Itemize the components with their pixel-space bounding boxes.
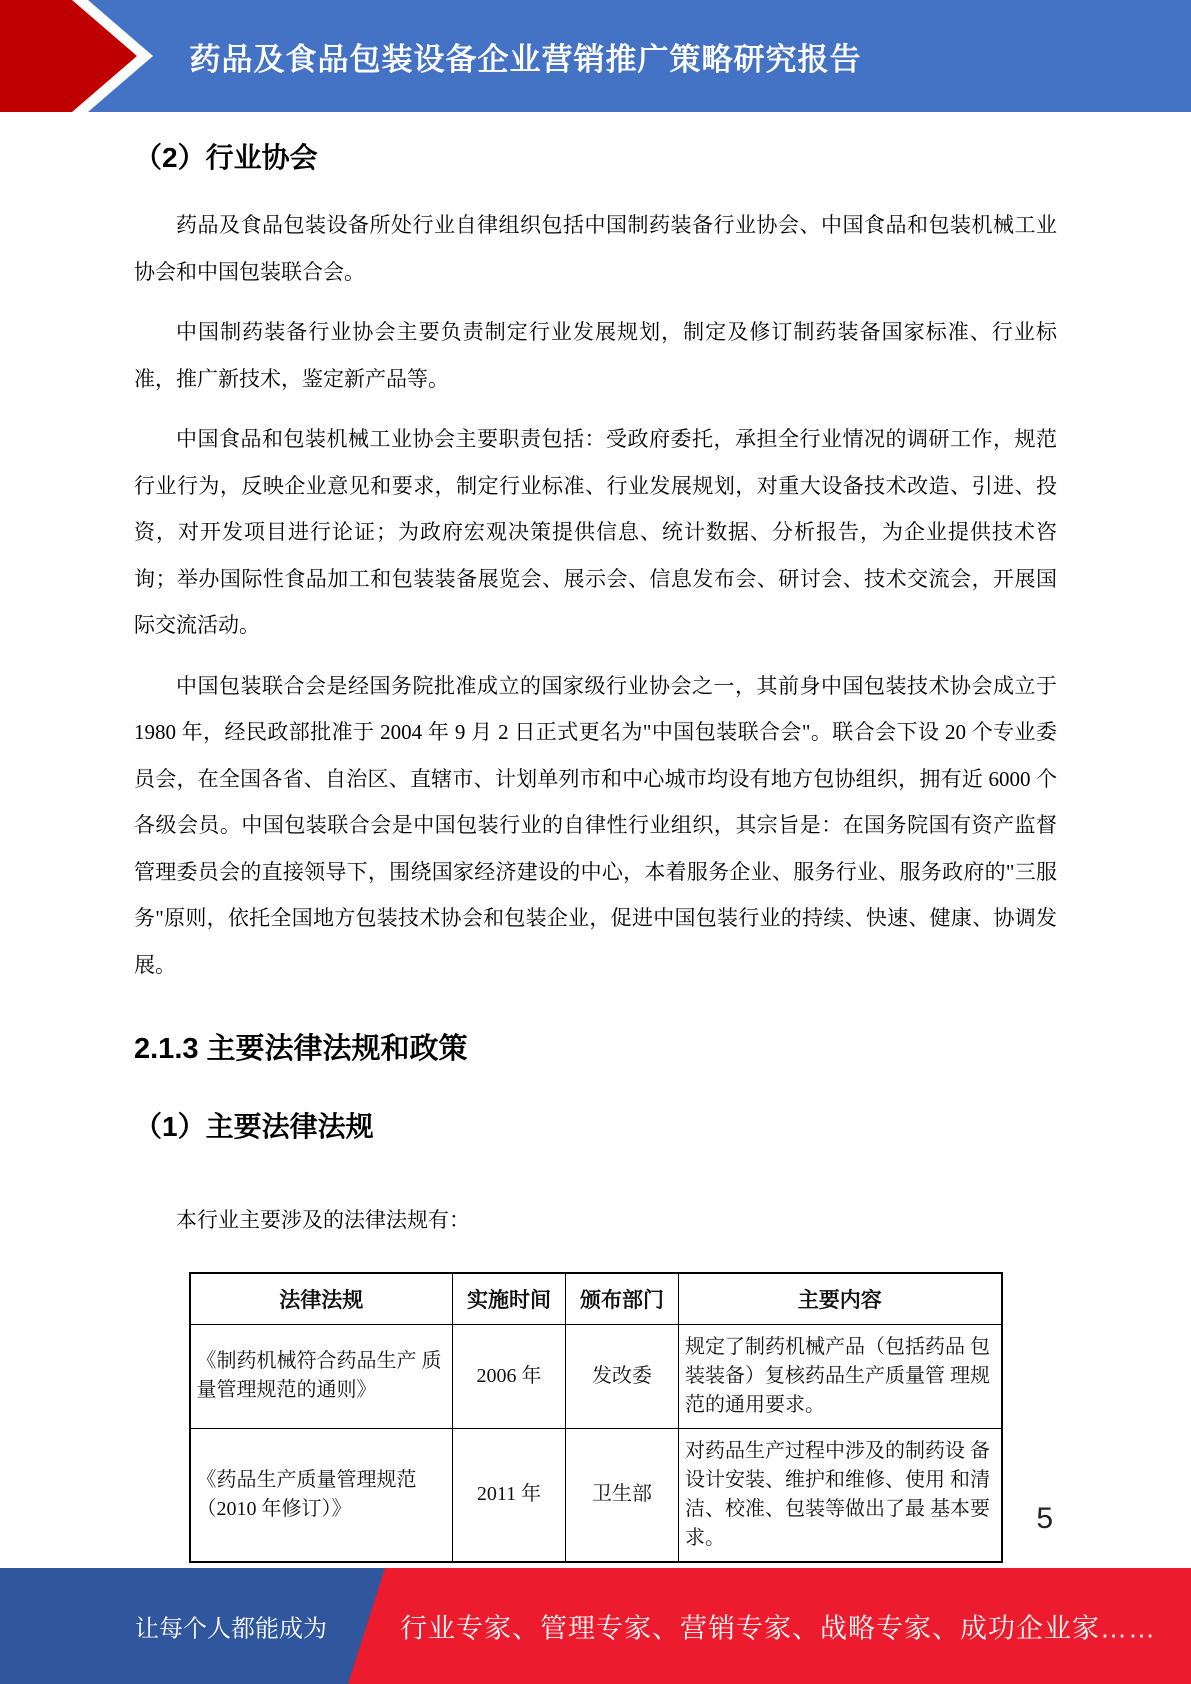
column-header-issuing-department: 颁布部门: [566, 1273, 679, 1325]
footer-slogan-left: 让每个人都能成为: [135, 1609, 327, 1644]
paragraph-association-overview: 药品及食品包装设备所处行业自律组织包括中国制药装备行业协会、中国食品和包装机械工…: [134, 202, 1057, 295]
law-name-cell: 《药品生产质量管理规范（2010 年修订）》: [190, 1428, 453, 1562]
report-page: 药品及食品包装设备企业营销推广策略研究报告 （2）行业协会 药品及食品包装设备所…: [0, 0, 1191, 1684]
table-row: 《制药机械符合药品生产 质量管理规范的通则》 2006 年 发改委 规定了制药机…: [190, 1324, 1002, 1428]
table-row: 《药品生产质量管理规范（2010 年修订）》 2011 年 卫生部 对药品生产过…: [190, 1428, 1002, 1562]
effective-date-cell: 2006 年: [453, 1324, 566, 1428]
page-footer: 让每个人都能成为 行业专家、管理专家、营销专家、战略专家、成功企业家……: [0, 1568, 1191, 1684]
section-subheading-main-laws: （1）主要法律法规: [134, 1105, 1057, 1145]
report-title: 药品及食品包装设备企业营销推广策略研究报告: [0, 0, 1191, 112]
effective-date-cell: 2011 年: [453, 1428, 566, 1562]
page-number: 5: [1036, 1502, 1053, 1536]
footer-slogan-right: 行业专家、管理专家、营销专家、战略专家、成功企业家……: [400, 1607, 1156, 1646]
issuing-department-cell: 卫生部: [566, 1428, 679, 1562]
issuing-department-cell: 发改委: [566, 1324, 679, 1428]
main-content-cell: 对药品生产过程中涉及的制药设 备设计安装、维护和维修、使用 和清洁、校准、包装等…: [679, 1428, 1002, 1562]
laws-table-intro: 本行业主要涉及的法律法规有：: [134, 1197, 1057, 1244]
section-heading-legal-policies: 2.1.3 主要法律法规和政策: [134, 1026, 1057, 1067]
table-header-row: 法律法规 实施时间 颁布部门 主要内容: [190, 1273, 1002, 1325]
column-header-effective-date: 实施时间: [453, 1273, 566, 1325]
column-header-law: 法律法规: [190, 1273, 453, 1325]
paragraph-packaging-federation: 中国包装联合会是经国务院批准成立的国家级行业协会之一，其前身中国包装技术协会成立…: [134, 663, 1057, 989]
law-name-cell: 《制药机械符合药品生产 质量管理规范的通则》: [190, 1324, 453, 1428]
document-body: （2）行业协会 药品及食品包装设备所处行业自律组织包括中国制药装备行业协会、中国…: [0, 136, 1191, 1563]
paragraph-food-packaging-association: 中国食品和包装机械工业协会主要职责包括：受政府委托，承担全行业情况的调研工作，规…: [134, 416, 1057, 649]
laws-regulations-table: 法律法规 实施时间 颁布部门 主要内容 《制药机械符合药品生产 质量管理规范的通…: [189, 1272, 1003, 1563]
paragraph-pharma-equipment-association: 中国制药装备行业协会主要负责制定行业发展规划，制定及修订制药装备国家标准、行业标…: [134, 309, 1057, 402]
page-header-banner: 药品及食品包装设备企业营销推广策略研究报告: [0, 0, 1191, 112]
column-header-main-content: 主要内容: [679, 1273, 1002, 1325]
section-heading-industry-association: （2）行业协会: [134, 136, 1057, 176]
main-content-cell: 规定了制药机械产品（包括药品 包装装备）复核药品生产质量管 理规范的通用要求。: [679, 1324, 1002, 1428]
